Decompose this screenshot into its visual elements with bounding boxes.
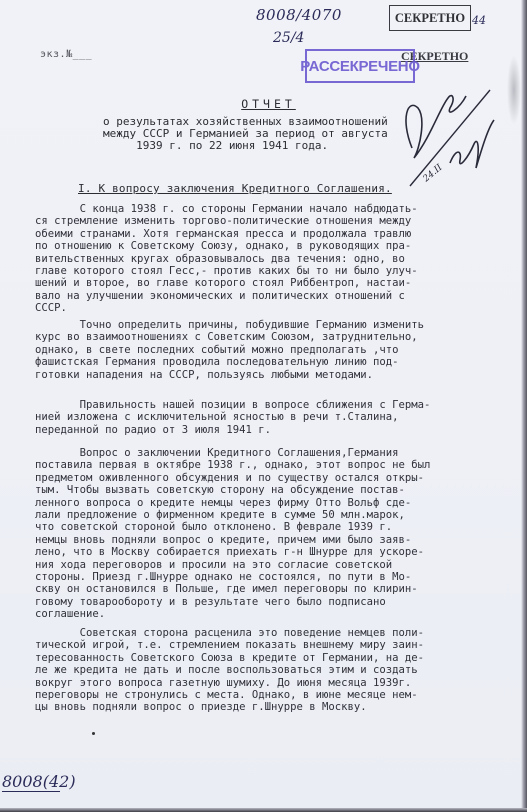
paragraph-line: немцы вновь подняли вопрос о кредите, пр… bbox=[35, 534, 411, 546]
paragraph-line: Точно определить причины, побудившие Гер… bbox=[35, 319, 424, 331]
paragraph-line: что советской стороной было отклонено. В… bbox=[35, 521, 392, 533]
handwritten-page-number: 44 bbox=[472, 14, 486, 27]
paragraph-line: вало на улучшении экономических и полити… bbox=[35, 290, 405, 302]
handwritten-date: 25/4 bbox=[273, 30, 304, 46]
scan-edge-right bbox=[521, 0, 527, 812]
paragraph-line: ния хода переговоров и просили на это со… bbox=[35, 559, 392, 571]
paragraph-line: фашистская Германия проводила последоват… bbox=[35, 356, 399, 368]
section-heading: I. К вопросу заключения Кредитного Согла… bbox=[78, 182, 392, 195]
paragraph-line: Вопрос о заключении Кредитного Соглашени… bbox=[35, 447, 399, 459]
paragraph-line: тым. Чтобы вызвать советскую сторону на … bbox=[35, 484, 405, 496]
paragraph: Вопрос о заключении Кредитного Соглашени… bbox=[35, 447, 495, 621]
paragraph-line: курс во взаимоотношениях с Советским Сою… bbox=[35, 331, 418, 343]
paragraph-line: Правильность нашей позиции в вопросе сбл… bbox=[35, 399, 430, 411]
paragraph-line: стороны. Приезд г.Шнурре однако не состо… bbox=[35, 571, 411, 583]
signature-annotation: 24.II bbox=[421, 163, 445, 185]
paragraph-line: ленного вопроса о кредите немцы через фи… bbox=[35, 497, 411, 509]
paragraph-line: готовки нападения на СССР, пользуясь люб… bbox=[35, 369, 373, 381]
document-subtitle: о результатах хозяйственных взаимоотноше… bbox=[103, 116, 388, 152]
stamp-declassified-text: РАССЕКРЕЧЕНО bbox=[300, 58, 419, 75]
paragraph-line: С конца 1938 г. со стороны Германии нача… bbox=[35, 203, 418, 215]
document-title: ОТЧЕТ bbox=[0, 97, 527, 111]
stamp-secret: СЕКРЕТНО bbox=[389, 5, 471, 31]
paragraph-line: Советская сторона расценила это поведени… bbox=[35, 627, 424, 639]
paragraph-line: тересованность Советского Союза в кредит… bbox=[35, 652, 424, 664]
paragraph-line: однако, в свете последних событий можно … bbox=[35, 344, 399, 356]
stamp-secret-text: СЕКРЕТНО bbox=[395, 11, 465, 26]
paragraph-line: тической игрой, т.е. стремлением показат… bbox=[35, 639, 424, 651]
signature-icon: 24.II bbox=[390, 78, 510, 188]
paragraph-line: цы вновь подняли вопрос о приезде г.Шнур… bbox=[35, 701, 367, 713]
paragraph-line: переговоры не стронулись с места. Однако… bbox=[35, 689, 418, 701]
paragraph: С конца 1938 г. со стороны Германии нача… bbox=[35, 203, 495, 315]
paragraph-line: предметом оживленного обсуждения и по су… bbox=[35, 472, 424, 484]
paragraph-line: по отношению к Советскому Союзу, однако,… bbox=[35, 240, 411, 252]
paragraph-line: говому товарообороту и в результате чего… bbox=[35, 596, 386, 608]
paragraph-line: главе которого стоял Гесс,- против каких… bbox=[35, 265, 418, 277]
paragraph: Советская сторона расценила это поведени… bbox=[35, 627, 495, 714]
paragraph-line: лено, что в Москву собирается приехать г… bbox=[35, 546, 424, 558]
paragraph-line: ся стремление изменить торгово-политичес… bbox=[35, 215, 411, 227]
paragraph-line: лали предложение о фирменном кредите в с… bbox=[35, 509, 405, 521]
paragraph-line: нией изложена с исключительной ясностью … bbox=[35, 411, 399, 423]
scan-edge-bottom bbox=[0, 808, 527, 812]
paragraph-line: обеими странами. Хотя германская пресса … bbox=[35, 228, 411, 240]
subtitle-line: 1939 г. по 22 июня 1941 года. bbox=[103, 139, 328, 152]
ink-dot bbox=[92, 732, 95, 735]
paragraph-line: ле же кредита не дать и после воспользов… bbox=[35, 664, 418, 676]
paragraph: Правильность нашей позиции в вопросе сбл… bbox=[35, 399, 495, 436]
paragraph-line: вокруг этого вопроса газетную шумиху. До… bbox=[35, 677, 411, 689]
paragraph-line: вительственных кругах образовывалось два… bbox=[35, 253, 405, 265]
paragraph-line: шений и второе, во главе которого стоял … bbox=[35, 277, 411, 289]
paragraph: Точно определить причины, побудившие Гер… bbox=[35, 319, 495, 381]
paragraph-line: соглашение. bbox=[35, 608, 105, 620]
handwritten-registration-number: 8008/4070 bbox=[256, 6, 342, 24]
copy-number-label: экз.№___ bbox=[40, 49, 92, 60]
paragraph-line: поставила первая в октябре 1938 г., одна… bbox=[35, 459, 430, 471]
handwritten-archive-number: 8008(42) bbox=[2, 772, 60, 792]
document-page: экз.№___ 8008/4070 25/4 СЕКРЕТНО 44 СЕКР… bbox=[0, 0, 527, 812]
paragraph-line: СССР. bbox=[35, 302, 67, 314]
paragraph-line: переданной по радио от 3 июля 1941 г. bbox=[35, 424, 271, 436]
paragraph-line: скву он остановился в Польше, где имел п… bbox=[35, 583, 418, 595]
